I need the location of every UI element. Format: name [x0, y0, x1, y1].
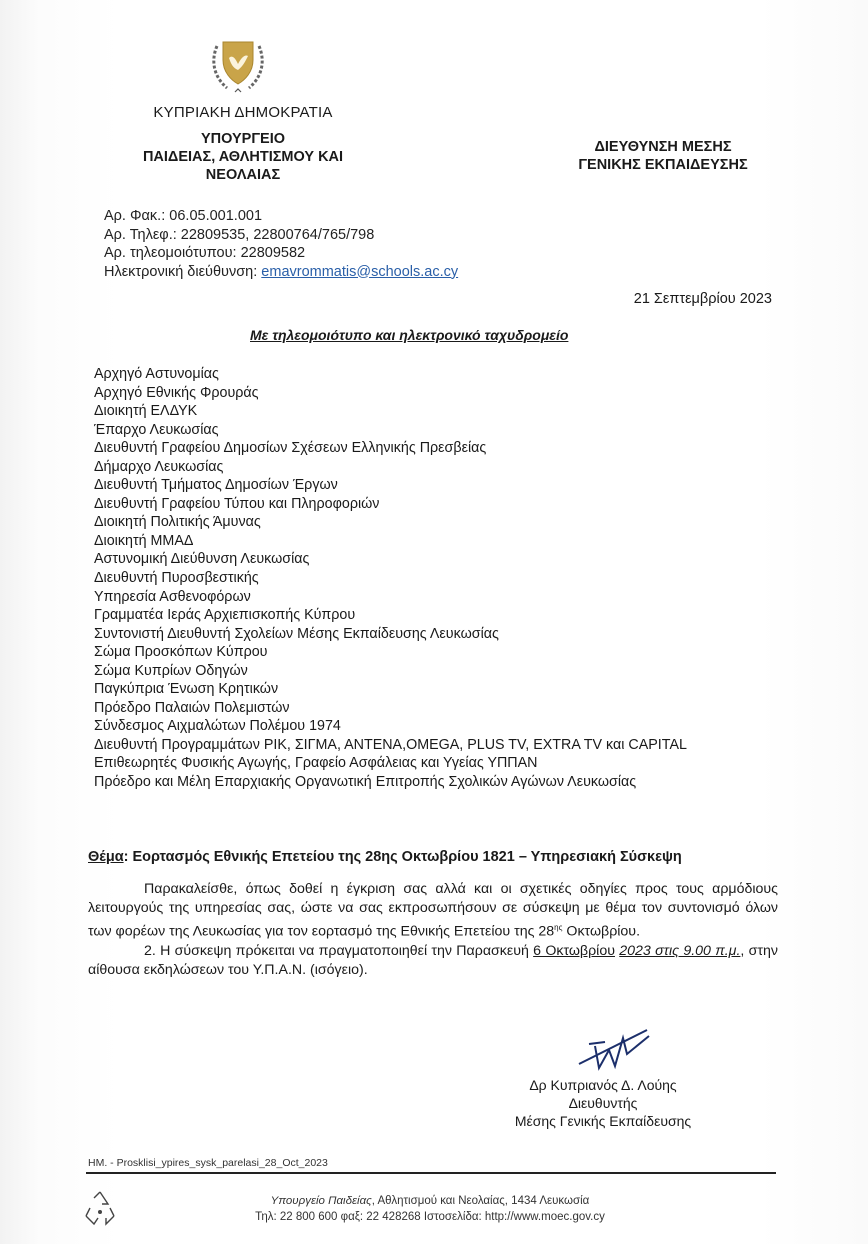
recipient-item: Διευθυντή Προγραμμάτων ΡΙΚ, ΣΙΓΜΑ, ΑΝΤΕΝ…: [94, 736, 734, 755]
recipient-item: Πρόεδρο και Μέλη Επαρχιακής Οργανωτική Ε…: [94, 773, 774, 792]
recipient-item: Έπαρχο Λευκωσίας: [94, 421, 774, 440]
recipient-item: Διευθυντή Πυροσβεστικής: [94, 569, 774, 588]
recycle-icon: [80, 1188, 120, 1228]
recipient-item: Διοικητή Πολιτικής Άμυνας: [94, 513, 774, 532]
recipient-item: Υπηρεσία Ασθενοφόρων: [94, 588, 774, 607]
recipient-item: Επιθεωρητές Φυσικής Αγωγής, Γραφείο Ασφά…: [94, 754, 774, 773]
footer-contact: Υπουργείο Παιδείας, Αθλητισμού και Νεολα…: [200, 1193, 660, 1225]
letter-date: 21 Σεπτεμβρίου 2023: [634, 291, 772, 307]
footer-address: Υπουργείο Παιδείας, Αθλητισμού και Νεολα…: [200, 1193, 660, 1209]
delivery-method: Με τηλεομοιότυπο και ηλεκτρονικό ταχυδρο…: [250, 327, 568, 343]
signer-department: Μέσης Γενικής Εκπαίδευσης: [498, 1112, 708, 1130]
letter-page: ΚΥΠΡΙΑΚΗ ΔΗΜΟΚΡΑΤΙΑ ΥΠΟΥΡΓΕΙΟ ΠΑΙΔΕΙΑΣ, …: [0, 0, 868, 1244]
recipient-item: Διοικητή ΕΛΔΥΚ: [94, 402, 774, 421]
recipient-item: Αστυνομική Διεύθυνση Λευκωσίας: [94, 550, 774, 569]
fax-number: Αρ. τηλεομοιότυπου: 22809582: [104, 244, 458, 263]
recipient-item: Γραμματέα Ιεράς Αρχιεπισκοπής Κύπρου: [94, 606, 774, 625]
republic-name: ΚΥΠΡΙΑΚΗ ΔΗΜΟΚΡΑΤΙΑ: [114, 104, 372, 121]
recipient-item: Διευθυντή Γραφείου Τύπου και Πληροφοριών: [94, 495, 774, 514]
recipient-item: Διευθυντή Γραφείου Δημοσίων Σχέσεων Ελλη…: [94, 439, 774, 458]
subject-label: Θέμα: [88, 849, 124, 865]
directorate-name: ΔΙΕΥΘΥΝΣΗ ΜΕΣΗΣ ΓΕΝΙΚΗΣ ΕΚΠΑΙΔΕΥΣΗΣ: [548, 138, 778, 174]
recipient-item: Πρόεδρο Παλαιών Πολεμιστών: [94, 699, 774, 718]
file-number: Αρ. Φακ.: 06.05.001.001: [104, 207, 458, 226]
email-line: Ηλεκτρονική διεύθυνση: emavrommatis@scho…: [104, 263, 458, 282]
email-link[interactable]: emavrommatis@schools.ac.cy: [261, 264, 458, 280]
recipient-list: Αρχηγό Αστυνομίας Αρχηγό Εθνικής Φρουράς…: [94, 365, 774, 792]
recipient-item: Διευθυντή Τμήματος Δημοσίων Έργων: [94, 476, 774, 495]
ministry-name: ΥΠΟΥΡΓΕΙΟ ΠΑΙΔΕΙΑΣ, ΑΘΛΗΤΙΣΜΟΥ ΚΑΙ ΝΕΟΛΑ…: [118, 130, 368, 184]
footer-divider: [86, 1172, 776, 1174]
subject-text: : Εορτασμός Εθνικής Επετείου της 28ης Οκ…: [124, 849, 682, 865]
body-paragraph-2: 2. Η σύσκεψη πρόκειται να πραγματοποιηθε…: [88, 942, 778, 980]
recipient-item: Δήμαρχο Λευκωσίας: [94, 458, 774, 477]
footer-phone-website: Τηλ: 22 800 600 φαξ: 22 428268 Ιστοσελίδ…: [200, 1209, 660, 1225]
recipient-item: Παγκύπρια Ένωση Κρητικών: [94, 680, 774, 699]
handwritten-signature-icon: [575, 1024, 655, 1074]
recipient-item: Αρχηγό Εθνικής Φρουράς: [94, 384, 774, 403]
recipient-item: Σώμα Κυπρίων Οδηγών: [94, 662, 774, 681]
signer-block: Δρ Κυπριανός Δ. Λούης Διευθυντής Μέσης Γ…: [498, 1076, 708, 1130]
phone-numbers: Αρ. Τηλεφ.: 22809535, 22800764/765/798: [104, 226, 458, 245]
recipient-item: Συντονιστή Διευθυντή Σχολείων Μέσης Εκπα…: [94, 625, 774, 644]
recipient-item: Αρχηγό Αστυνομίας: [94, 365, 774, 384]
recipient-item: Σύνδεσμος Αιχμαλώτων Πολέμου 1974: [94, 717, 774, 736]
cyprus-coat-of-arms-icon: [205, 38, 271, 98]
body-paragraph-1: Παρακαλείσθε, όπως δοθεί η έγκριση σας α…: [88, 880, 778, 942]
signer-name: Δρ Κυπριανός Δ. Λούης: [498, 1076, 708, 1094]
letter-body: Παρακαλείσθε, όπως δοθεί η έγκριση σας α…: [88, 880, 778, 980]
subject-line: Θέμα: Εορτασμός Εθνικής Επετείου της 28η…: [88, 849, 682, 865]
recipient-item: Διοικητή ΜΜΑΔ: [94, 532, 774, 551]
reference-block: Αρ. Φακ.: 06.05.001.001 Αρ. Τηλεφ.: 2280…: [104, 207, 458, 281]
signer-title: Διευθυντής: [498, 1094, 708, 1112]
recipient-item: Σώμα Προσκόπων Κύπρου: [94, 643, 774, 662]
footer-file-reference: HM. - Prosklisi_ypires_sysk_parelasi_28_…: [88, 1157, 328, 1169]
